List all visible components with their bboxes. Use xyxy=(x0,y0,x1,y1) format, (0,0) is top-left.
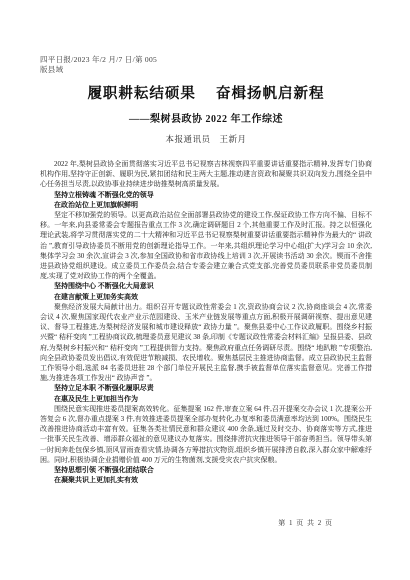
section-heading: 坚持围绕中心 不断强化大局意识 xyxy=(40,281,372,291)
section-heading: 坚持思想引领 不断强化团结联合 xyxy=(40,465,372,475)
section-heading: 坚持立足本职 不断强化履职尽责 xyxy=(40,383,372,393)
article-body: 2022 年,梨树县政协全面贯彻落实习近平总书记视察吉林视察四平重要讲话重要指示… xyxy=(40,159,372,486)
paragraph: 坚定不移加强党的领导。以更高政治站位全面部署县政协党的建设工作,保证政协工作方向… xyxy=(40,210,372,281)
section-heading: 坚持立根铸魂 不断强化党的领导 xyxy=(40,190,372,200)
masthead: 四平日报/2023 年/2 月/7 日/第 005 版县域 xyxy=(40,55,372,75)
newspaper-article-page: 四平日报/2023 年/2 月/7 日/第 005 版县域 履职耕耘结硕果 奋楫… xyxy=(0,0,410,580)
paragraph: 2022 年,梨树县政协全面贯彻落实习近平总书记视察吉林视察四平重要讲话重要指示… xyxy=(40,159,372,190)
article-byline: 本报通讯员 王新月 xyxy=(40,134,372,145)
masthead-source-line: 四平日报/2023 年/2 月/7 日/第 005 xyxy=(40,55,372,65)
article-subtitle: ——梨树县政协 2022 年工作综述 xyxy=(40,113,372,126)
paragraph: 围绕民意实现推进委员提案高效转化。征集提案 162 件,审查立案 64 件,召开… xyxy=(40,404,372,465)
masthead-section-line: 版县域 xyxy=(40,65,372,75)
page-number-indicator: 第 1 页 共 2 页 xyxy=(278,518,333,528)
article-headline: 履职耕耘结硕果 奋楫扬帆启新程 xyxy=(40,85,372,103)
paragraph: 聚焦经济发展大局献计出力。组织召开专题议政性常委会 1 次,资政协商会议 2 次… xyxy=(40,302,372,384)
section-heading: 在惠及民生上更加担当作为 xyxy=(40,394,372,404)
section-heading: 在凝聚共识上更加扎实有效 xyxy=(40,475,372,485)
section-heading: 在政治站位上更加旗帜鲜明 xyxy=(40,200,372,210)
section-heading: 在建言献策上更加务实高效 xyxy=(40,292,372,302)
